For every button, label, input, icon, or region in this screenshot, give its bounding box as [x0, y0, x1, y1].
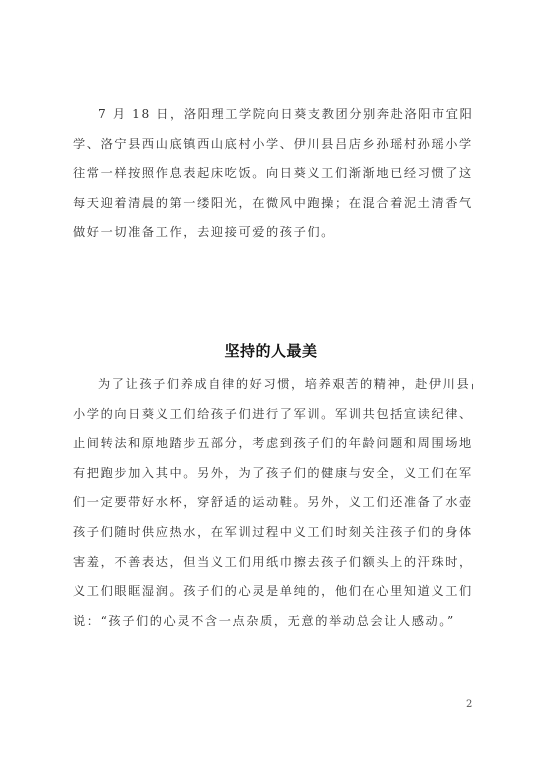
section-heading: 坚持的人最美 [0, 340, 542, 361]
page-number: 2 [466, 699, 472, 710]
paragraph-line: 止间转法和原地踏步五部分，考虑到孩子们的年龄问题和周围场地的局限性，义工没 [73, 429, 473, 459]
paragraph-line: 害羞，不善表达，但当义工们用纸巾擦去孩子们额头上的汗珠时，孩子们一声谢谢让 [73, 548, 473, 578]
paragraph-line: 做好一切准备工作，去迎接可爱的孩子们。 [73, 218, 473, 248]
paragraph-line: 小学的向日葵义工们给孩子们进行了军训。军训共包括宣读纪律、站军姿、报数、停 [73, 400, 473, 430]
paragraph-intro: 7 月 18 日，洛阳理工学院向日葵支教团分别奔赴洛阳市宜阳县韩城镇五岳沟小 学… [73, 100, 473, 248]
paragraph-military-training: 为了让孩子们养成自律的好习惯，培养艰苦的精神，赴伊川县吕店镇孙瑶村孙瑶 小学的向… [73, 370, 473, 636]
paragraph-line: 孩子们随时供应热水，在军训过程中义工们时刻关注孩子们的身体状况。孩子们虽然 [73, 518, 473, 548]
paragraph-line: 说：“孩子们的心灵不含一点杂质，无意的举动总会让人感动。” [73, 607, 473, 637]
paragraph-line: 每天迎着清晨的第一缕阳光，在微风中跑操；在混合着泥土清香气息的田野做手语， [73, 189, 473, 219]
paragraph-line: 义工们眼眶湿润。孩子们的心灵是单纯的，他们在心里知道义工们的付出。一位义工 [73, 577, 473, 607]
paragraph-line: 为了让孩子们养成自律的好习惯，培养艰苦的精神，赴伊川县吕店镇孙瑶村孙瑶 [73, 370, 473, 400]
paragraph-line: 往常一样按照作息表起床吃饭。向日葵义工们渐渐地已经习惯了这样简单纯粹的生活。 [73, 159, 473, 189]
document-page: 7 月 18 日，洛阳理工学院向日葵支教团分别奔赴洛阳市宜阳县韩城镇五岳沟小 学… [0, 0, 542, 768]
paragraph-line: 学、洛宁县西山底镇西山底村小学、伊川县吕店乡孙瑶村孙瑶小学的向日葵义工们和 [73, 130, 473, 160]
paragraph-line: 们一定要带好水杯，穿舒适的运动鞋。另外，义工们还准备了水壶以便在军训期间为 [73, 488, 473, 518]
paragraph-line: 7 月 18 日，洛阳理工学院向日葵支教团分别奔赴洛阳市宜阳县韩城镇五岳沟小 [73, 100, 473, 130]
paragraph-line: 有把跑步加入其中。另外，为了孩子们的健康与安全，义工们在军训前多番叮嘱孩子 [73, 459, 473, 489]
